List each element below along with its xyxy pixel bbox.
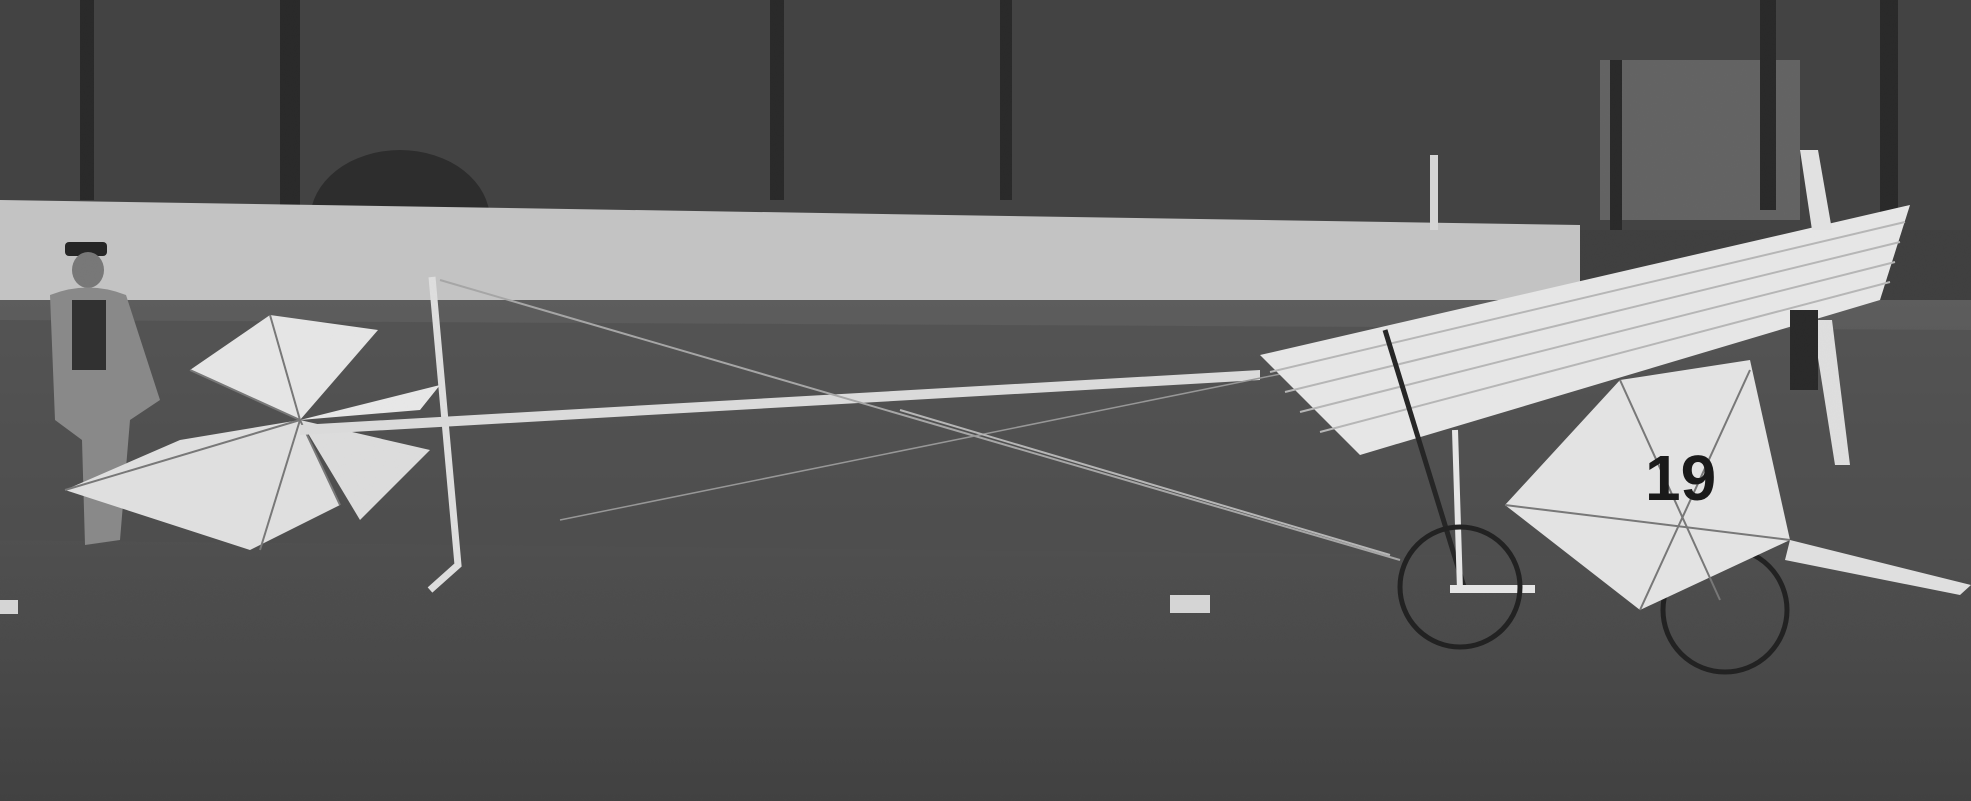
photo-illustration: 19 (0, 0, 1971, 801)
photo-scene: 19 (0, 0, 1971, 801)
